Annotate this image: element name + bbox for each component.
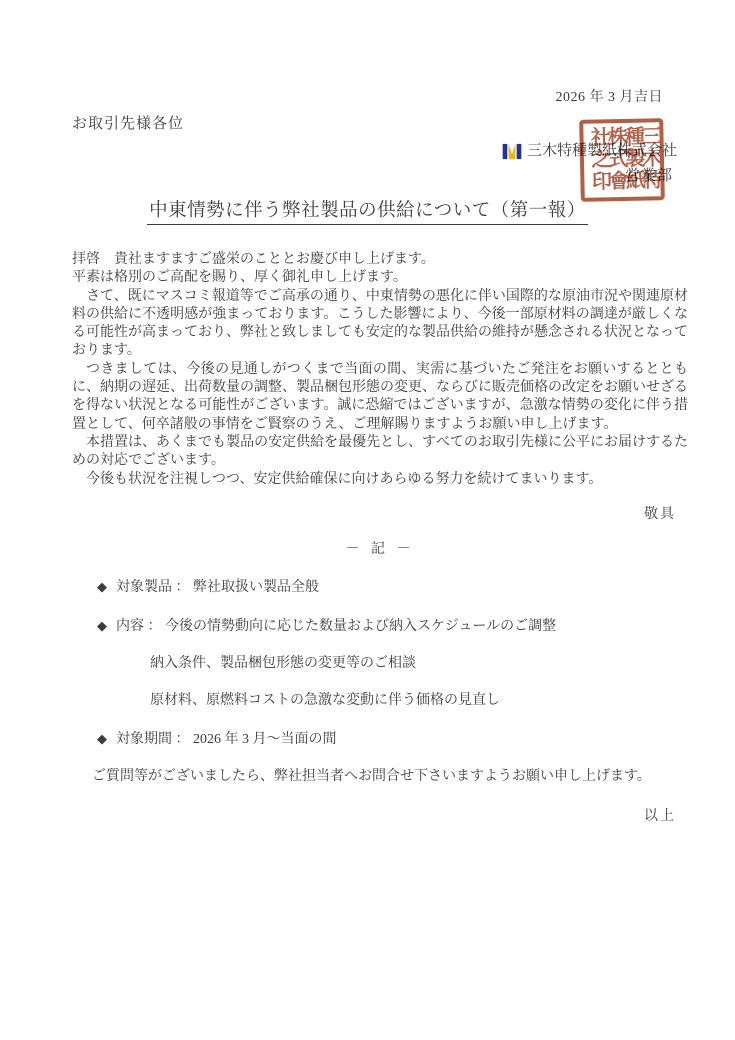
list-item-contents-cont-2: 原材料、原燃料コストの急激な変動に伴う価格の見直し [72, 692, 688, 710]
list-item-text: 内容 ： 今後の情勢動向に応じた数量および納入スケジュールのご調整 [116, 619, 556, 634]
diamond-bullet-icon: ◆ [97, 731, 107, 746]
letter-body: 拝啓 貴社ますますご盛栄のこととお慶び申し上げます。 平素は格別のご高配を賜り、… [72, 251, 688, 827]
recipient-line: お取引先様各位 [72, 112, 184, 133]
body-paragraph-1: さて、既にマスコミ報道等でご高承の通り、中東情勢の悪化に伴い国際的な原油市況や関… [72, 288, 688, 361]
end-word: 以上 [72, 808, 688, 826]
list-item-contents-cont-1: 納入条件、製品梱包形態の変更等のご相談 [72, 655, 688, 673]
seal-text: 三木特種製紙株式會社之印 [585, 125, 658, 194]
list-item-target-period: ◆対象期間 ： 2026 年 3 月～当面の間 [72, 730, 688, 749]
list-item-text: 対象期間 ： 2026 年 3 月～当面の間 [116, 732, 337, 747]
diamond-bullet-icon: ◆ [97, 618, 107, 633]
body-paragraph-4: 今後も状況を注視しつつ、安定供給確保に向けあらゆる努力を続けてまいります。 [72, 471, 688, 489]
greeting-line-1: 拝啓 貴社ますますご盛栄のこととお慶び申し上げます。 [72, 251, 688, 269]
list-item-target-products: ◆対象製品 ： 弊社取扱い製品全般 [72, 578, 688, 597]
list-item-contents: ◆内容 ： 今後の情勢動向に応じた数量および納入スケジュールのご調整 [72, 617, 688, 636]
company-logo-icon [501, 143, 523, 160]
letter-title-text: 中東情勢に伴う弊社製品の供給について（第一報） [147, 201, 588, 225]
list-item-text: 対象製品 ： 弊社取扱い製品全般 [116, 580, 319, 595]
list-item-text: 原材料、原燃料コストの急激な変動に伴う価格の見直し [150, 693, 500, 708]
record-heading: － 記 － [72, 541, 688, 559]
closing-word: 敬具 [72, 506, 688, 524]
list-item-text: 納入条件、製品梱包形態の変更等のご相談 [150, 656, 416, 671]
diamond-bullet-icon: ◆ [97, 579, 107, 594]
letter-date: 2026 年 3 月吉日 [556, 86, 664, 106]
company-seal-stamp: 三木特種製紙株式會社之印 [579, 118, 665, 202]
contact-note: ご質問等がございましたら、弊社担当者へお問合せ下さいますようお願い申し上げます。 [72, 768, 688, 786]
body-paragraph-2: つきましては、今後の見通しがつくまで当面の間、実需に基づいたご発注をお願いすると… [72, 361, 688, 434]
notice-list: ◆対象製品 ： 弊社取扱い製品全般 ◆内容 ： 今後の情勢動向に応じた数量および… [72, 578, 688, 748]
letter-title: 中東情勢に伴う弊社製品の供給について（第一報） [0, 196, 735, 222]
letter-page: 2026 年 3 月吉日 お取引先様各位 三木特種製紙株式会社 営業部 三木特種… [0, 0, 735, 1040]
body-paragraph-3: 本措置は、あくまでも製品の安定供給を最優先とし、すべてのお取引先様に公平にお届け… [72, 434, 688, 471]
greeting-line-2: 平素は格別のご高配を賜り、厚く御礼申し上げます。 [72, 269, 688, 287]
